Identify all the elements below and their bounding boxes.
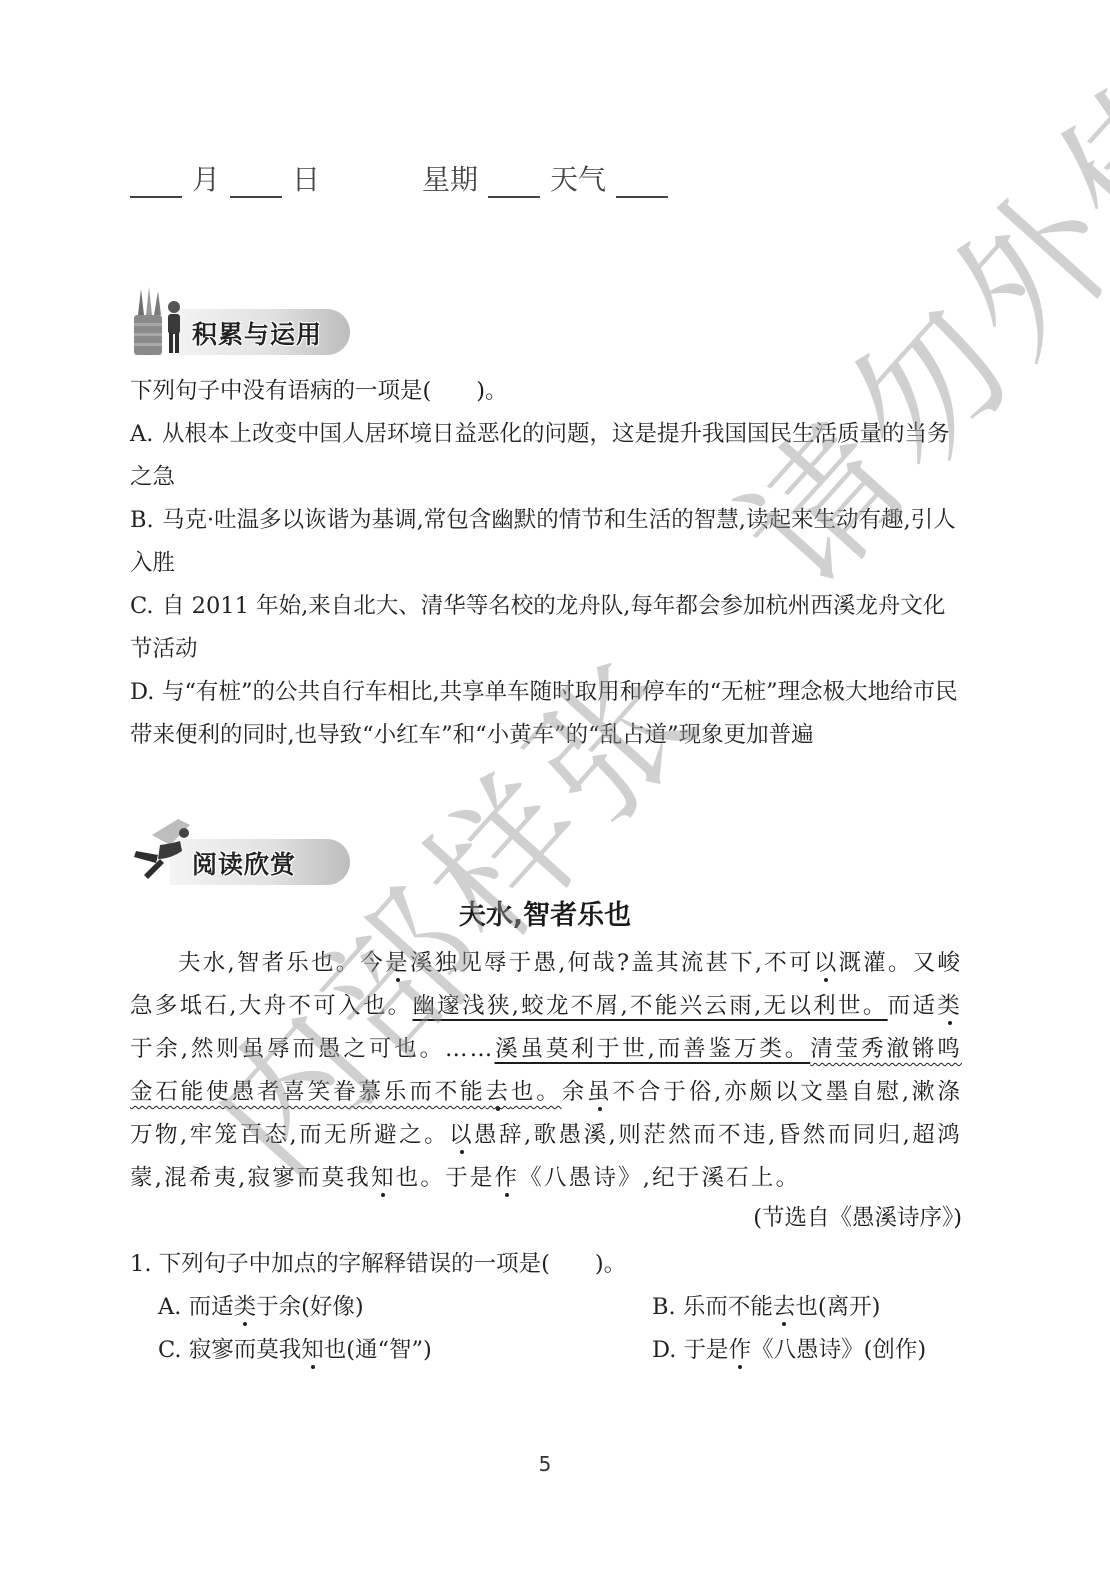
emphasis-dot-char: 以	[449, 1122, 474, 1148]
weather-blank[interactable]	[616, 168, 668, 198]
month-label: 月	[192, 158, 220, 198]
underlined-sentence-2: 溪虽莫利于世,而善鉴万类。	[494, 1036, 810, 1062]
option-letter: A.	[158, 1294, 181, 1320]
grammar-option-b[interactable]: B.马克·吐温多以诙谐为基调,常包含幽默的情节和生活的智慧,读起来生动有趣,引人…	[130, 499, 965, 585]
emphasis-dot-char: 以	[814, 950, 839, 976]
weekday-label: 星期	[422, 158, 478, 198]
emphasis-dot-char: 类	[234, 1294, 257, 1320]
option-letter: B.	[652, 1294, 676, 1320]
date-line: 月 日 星期 天气	[130, 158, 678, 198]
section-banner-accumulate: 积累与运用	[130, 285, 360, 355]
option-letter: B.	[130, 499, 162, 542]
option-text: 《八愚诗》(创作)	[751, 1337, 926, 1363]
emphasis-dot-char: 类	[937, 993, 962, 1019]
emphasis-dot-char: 去	[773, 1294, 796, 1320]
emphasis-dot-char: 是	[385, 950, 410, 976]
question-1-option-c[interactable]: C. 寂寥而莫我知也(通“智”)	[158, 1329, 432, 1372]
passage-body: 夫水,智者乐也。今是溪独见辱于愚,何哉?盖其流甚下,不可以溉灌。又峻急多坻石,大…	[130, 942, 962, 1200]
weather-label: 天气	[550, 158, 606, 198]
emphasis-dot-char: 作	[495, 1165, 520, 1191]
banner-title: 积累与运用	[192, 315, 322, 351]
option-letter: D.	[130, 671, 162, 714]
option-letter: C.	[158, 1337, 182, 1363]
emphasis-dot-char: 知	[371, 1165, 396, 1191]
passage-text: 溪独见辱于愚,何哉?盖其流甚下,不可	[410, 950, 814, 976]
grammar-option-a[interactable]: A.从根本上改变中国人居环境日益恶化的问题，这是提升我国国民生活质量的当务之急	[130, 413, 965, 499]
option-text: 也(通“智”)	[324, 1337, 432, 1363]
passage-source: (节选自《愚溪诗序》)	[753, 1200, 962, 1232]
page-number: 5	[0, 1452, 1090, 1476]
emphasis-dot-char: 作	[729, 1337, 752, 1363]
passage-title: 夫水,智者乐也	[0, 893, 1090, 932]
option-text: 与“有桩”的公共自行车相比,共享单车随时取用和停车的“无桩”理念极大地给市民带来…	[130, 679, 958, 748]
pencil-cup-girl-icon	[130, 285, 192, 360]
option-letter: A.	[130, 413, 162, 456]
day-blank[interactable]	[230, 168, 282, 198]
option-text: 于是	[684, 1337, 729, 1363]
day-label: 日	[292, 158, 320, 198]
option-letter: D.	[652, 1337, 676, 1363]
question-1-stem: 1. 下列句子中加点的字解释错误的一项是( )。	[130, 1243, 626, 1286]
option-text: 也(离开)	[795, 1294, 880, 1320]
banner-title: 阅读欣赏	[192, 845, 296, 881]
workbook-page: 月 日 星期 天气 积累与运用 下列句子中没有语病的一项是( )。 A.从根本上…	[0, 0, 1110, 1571]
grammar-option-d[interactable]: D.与“有桩”的公共自行车相比,共享单车随时取用和停车的“无桩”理念极大地给市民…	[130, 671, 965, 757]
option-text: 于余(好像)	[256, 1294, 364, 1320]
question-1-option-d[interactable]: D. 于是作《八愚诗》(创作)	[652, 1329, 926, 1372]
option-text: 从根本上改变中国人居环境日益恶化的问题，这是提升我国国民生活质量的当务之急	[130, 421, 950, 490]
question-1-option-a[interactable]: A. 而适类于余(好像)	[158, 1286, 364, 1329]
passage-text: 也。	[511, 1079, 562, 1105]
passage-text: 于余,然则虽辱而愚之可也。……	[130, 1036, 494, 1062]
grammar-question-stem: 下列句子中没有语病的一项是( )。	[130, 370, 508, 413]
question-1-option-b[interactable]: B. 乐而不能去也(离开)	[652, 1286, 880, 1329]
option-text: 自 2011 年始,来自北大、清华等名校的龙舟队,每年都会参加杭州西溪龙舟文化节…	[130, 593, 945, 662]
underlined-sentence-1: 幽邃浅狭,蛟龙不屑,不能兴云雨,无以利世。	[412, 993, 887, 1019]
passage-text: 而适	[888, 993, 938, 1019]
emphasis-dot-char: 知	[301, 1337, 324, 1363]
weekday-blank[interactable]	[488, 168, 540, 198]
passage-text: 《八愚诗》,纪于溪石上。	[519, 1165, 800, 1191]
option-letter: C.	[130, 585, 162, 628]
section-banner-reading: 阅读欣赏	[130, 815, 360, 885]
month-blank[interactable]	[130, 168, 182, 198]
passage-text: 也。于是	[396, 1165, 495, 1191]
emphasis-dot-char: 去	[486, 1079, 511, 1105]
option-text: 而适	[189, 1294, 234, 1320]
flying-reader-icon	[130, 815, 200, 890]
option-text: 马克·吐温多以诙谐为基调,常包含幽默的情节和生活的智慧,读起来生动有趣,引人入胜	[130, 507, 956, 576]
option-text: 乐而不能	[683, 1294, 773, 1320]
grammar-option-c[interactable]: C.自 2011 年始,来自北大、清华等名校的龙舟队,每年都会参加杭州西溪龙舟文…	[130, 585, 965, 671]
emphasis-dot-char: 虽	[587, 1079, 612, 1105]
option-text: 寂寥而莫我	[189, 1337, 302, 1363]
passage-text: 余	[562, 1079, 587, 1105]
passage-text: 夫水,智者乐也。今	[178, 950, 385, 976]
